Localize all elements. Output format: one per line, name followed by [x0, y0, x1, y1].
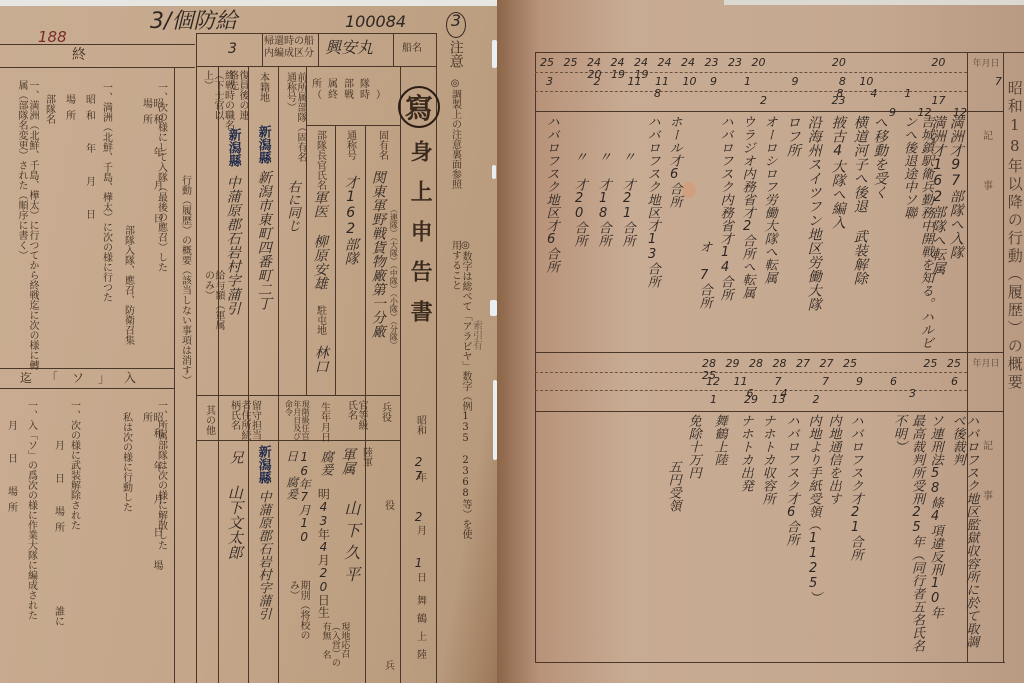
- code-name-value: 才162部隊: [343, 175, 358, 305]
- previous-unit-label: 前所属部隊（固有名通称号）: [284, 72, 305, 162]
- name-value: 山下久平: [342, 500, 359, 630]
- entry: オ 7合所: [697, 240, 711, 340]
- rank-prefix: 陸軍: [360, 447, 371, 467]
- proper-name-label: 固有名: [376, 130, 387, 160]
- contact-value: 中蒲原郡石岩村字蒲引: [225, 175, 240, 375]
- entry: 免除十万円: [686, 414, 700, 659]
- history-item-5-by: 誰に: [52, 606, 63, 626]
- entry: ロフ所: [785, 115, 800, 175]
- serial-number: 100084: [345, 14, 406, 31]
- guardian-prefecture: 新潟縣: [256, 445, 270, 484]
- rank-value: 軍属: [340, 447, 355, 475]
- left-page: 3/個防給 100084 3 188 3 帰還時の船内編成区分 興安丸 船名 所…: [0, 0, 500, 683]
- promotion-label: 現階級任官年月日及び命令: [284, 400, 309, 440]
- day-value: 1: [412, 556, 425, 570]
- birth-era: 明: [316, 488, 330, 500]
- birth-note: 腐爰: [318, 450, 332, 476]
- guardian-relation: 兄: [228, 450, 243, 464]
- section-soviet-title: 迄「ソ」入: [20, 372, 150, 385]
- entry: ハバロフスク地区監獄収容所に於て取調べ後裁判: [950, 414, 977, 659]
- station-value: 林口: [313, 345, 328, 373]
- history-item-5: 一、次の様に武装解除された: [68, 400, 79, 540]
- contact-label: 復員後の連絡先: [226, 70, 247, 125]
- photo-stamp: 寫: [398, 86, 440, 128]
- entry: ウラジオ内務省才2合所へ転属: [740, 115, 754, 350]
- birth-label: 生年月日: [318, 402, 329, 442]
- history-item-5-date: 月 日 場所: [52, 440, 63, 538]
- ship-name-label: 船名: [402, 44, 422, 55]
- upper-note-header: 記事: [980, 130, 991, 310]
- unit-note: 3/個防給: [150, 10, 237, 33]
- guardian-address: 中蒲原郡石岩村字蒲引: [256, 490, 270, 660]
- year-label: 年: [414, 472, 425, 482]
- history-item-6: 一、入「ソ」の爲次の様に作業大隊に編成された: [25, 400, 36, 640]
- officer-class-label: 期別（将校のみ）: [287, 580, 308, 640]
- section-end-title: 終: [72, 48, 90, 63]
- domicile-prefecture: 新潟縣: [256, 125, 270, 164]
- birth-year: 43: [316, 500, 330, 528]
- entry: 吉城鎮駅衛兵勤務中開戦を知る。ハルビンへ後退途中ソ聯: [905, 115, 933, 350]
- lower-note-header: 記事: [980, 440, 991, 620]
- entry: 最高裁判所受刑25年（同行者五名氏名不明）: [895, 414, 925, 659]
- salary-label: 給与額（軍属のみ）: [202, 270, 223, 330]
- entry: 横道河子へ後退 武装解除: [852, 115, 867, 350]
- history-item-2-place: 場所: [63, 94, 74, 126]
- binding-hole: [492, 165, 496, 179]
- repatriation-group-label: 帰還時の船内編成区分: [264, 36, 318, 60]
- domicile-label: 本籍地: [257, 72, 268, 122]
- entry: 舞鶴上陸: [712, 414, 726, 659]
- guardian-name: 山下文太郎: [226, 485, 242, 635]
- service-branch-label: 兵役: [379, 402, 390, 422]
- entry: ハバロフスク内務省才14合所: [718, 115, 732, 350]
- previous-unit-value: 右に同じ: [285, 180, 299, 232]
- affiliation-header: 所属部隊（終戦時）: [312, 80, 398, 101]
- entry: 五円受領: [666, 460, 680, 660]
- promotion-value: 16年7月10日 腐爰: [285, 450, 310, 550]
- history-item-4-date: 昭和 年 月 日 場所: [140, 412, 161, 582]
- note-2: ◎数字は総べて「アラビヤ」数字（例135 2368等）を使用すること: [449, 240, 470, 540]
- contact-prefecture: 新潟縣: [226, 128, 240, 167]
- entry: 沿海州スイツフン地区労働大隊: [806, 115, 821, 350]
- entry: ソ連刑法58條4項違反刑10年: [928, 414, 942, 659]
- domicile-value: 新潟市東町四番町二丁: [256, 170, 271, 380]
- landing-port: 舞鶴上陸: [414, 595, 425, 667]
- entry: ナホトカ出発: [738, 414, 752, 659]
- scanner-edge: [0, 0, 500, 6]
- entry: ハバロフスク地区才6合所: [544, 115, 558, 350]
- paper-stain: [682, 182, 696, 198]
- date-prefix: 昭和: [414, 415, 425, 435]
- history-item-1-date: 昭和 年 月 日 場所: [140, 98, 161, 258]
- right-page-title: 昭和18年以降の行動（履歴）の概要: [1006, 80, 1022, 510]
- branch-value-1: 役: [382, 500, 393, 510]
- entry: 〃 才18合所: [596, 150, 610, 350]
- history-item-2-date: 昭和 年 月 日: [83, 94, 94, 234]
- branch-value-2: 兵: [382, 660, 393, 670]
- entry: ハバロフスク才21合所: [848, 414, 862, 659]
- entry: 内地通信を出す: [826, 414, 840, 659]
- history-col-header: 行動（履歴）の概要（該当しない事項は消す）: [179, 175, 190, 465]
- entry: へ移動を受く: [872, 115, 887, 215]
- scanner-edge: [724, 0, 1024, 5]
- entry: ホール才6合所: [667, 115, 681, 350]
- day-label: 日: [414, 572, 425, 582]
- rank-label: 官等級 氏名: [345, 400, 366, 440]
- entry: 満洲才97部隊へ入隊: [948, 115, 963, 350]
- month-label: 月: [414, 525, 425, 535]
- binding-hole: [490, 300, 497, 316]
- history-item-4-note: 私は次の様に行動した: [120, 412, 131, 512]
- commander-label: 部隊長官氏名: [314, 130, 325, 190]
- entry: ハバロフスク地区才13合所: [645, 115, 659, 350]
- notes-title: 注意: [448, 40, 463, 68]
- birth-month-label: 月: [316, 554, 330, 566]
- entry: ハバロフスク才6合所: [784, 414, 798, 659]
- birth-day-label: 日生: [316, 594, 330, 618]
- entry: 内地より手紙受領（1125）: [806, 414, 820, 659]
- entry: ナホトカ収容所: [760, 414, 774, 659]
- code-name-label: 通称号: [344, 130, 355, 160]
- index-mark: 索引有: [470, 320, 481, 350]
- history-item-3: 一、満洲（北鮮、千島、樺太）に行つてから終戦迄に次の様に轉属（部隊名変更）された…: [8, 80, 38, 370]
- ship-name-value: 興安丸: [325, 40, 373, 57]
- history-item-2-unit: 部隊名: [43, 94, 54, 124]
- entry: 〃 才20合所: [572, 150, 586, 350]
- history-item-6-date: 月 日 場所: [5, 420, 16, 518]
- note-1: ◎調製上の注意裏面参照: [449, 78, 460, 238]
- guardian-label: 留守担当者住所続柄氏名: [228, 400, 260, 440]
- history-item-2: 一、満洲（北鮮、千島、樺太）に次の様に行つた: [100, 82, 111, 342]
- history-item-1-types: 部隊入隊、應召、防衛召集: [122, 225, 133, 365]
- station-label: 駐屯地: [314, 305, 325, 335]
- entry: 〃 才21合所: [620, 150, 634, 350]
- entry: オーロシロフ労働大隊へ転属: [762, 115, 776, 350]
- lower-days: 1 29 13 2: [710, 394, 819, 406]
- unit-ranks: （連隊）（大隊）（中隊）（小隊）（分隊）: [389, 205, 397, 385]
- form-title: 身上申告書: [408, 140, 431, 370]
- proper-name-value: 関東軍野戦貨物廠第一分廠: [370, 170, 385, 395]
- entry: 掖古4大隊へ編入: [830, 115, 845, 350]
- commander-value: 軍医 柳原安雄: [312, 190, 327, 300]
- birth-day: 20: [316, 566, 330, 594]
- month-value: 2: [412, 510, 425, 524]
- birth-date: 明43年4月20日生: [316, 488, 330, 618]
- circled-number: 3: [446, 12, 466, 38]
- birth-month: 4: [316, 540, 330, 554]
- birth-year-label: 年: [316, 528, 330, 540]
- other-label: 其の他: [203, 405, 214, 435]
- repatriation-group-value: 3: [228, 42, 237, 57]
